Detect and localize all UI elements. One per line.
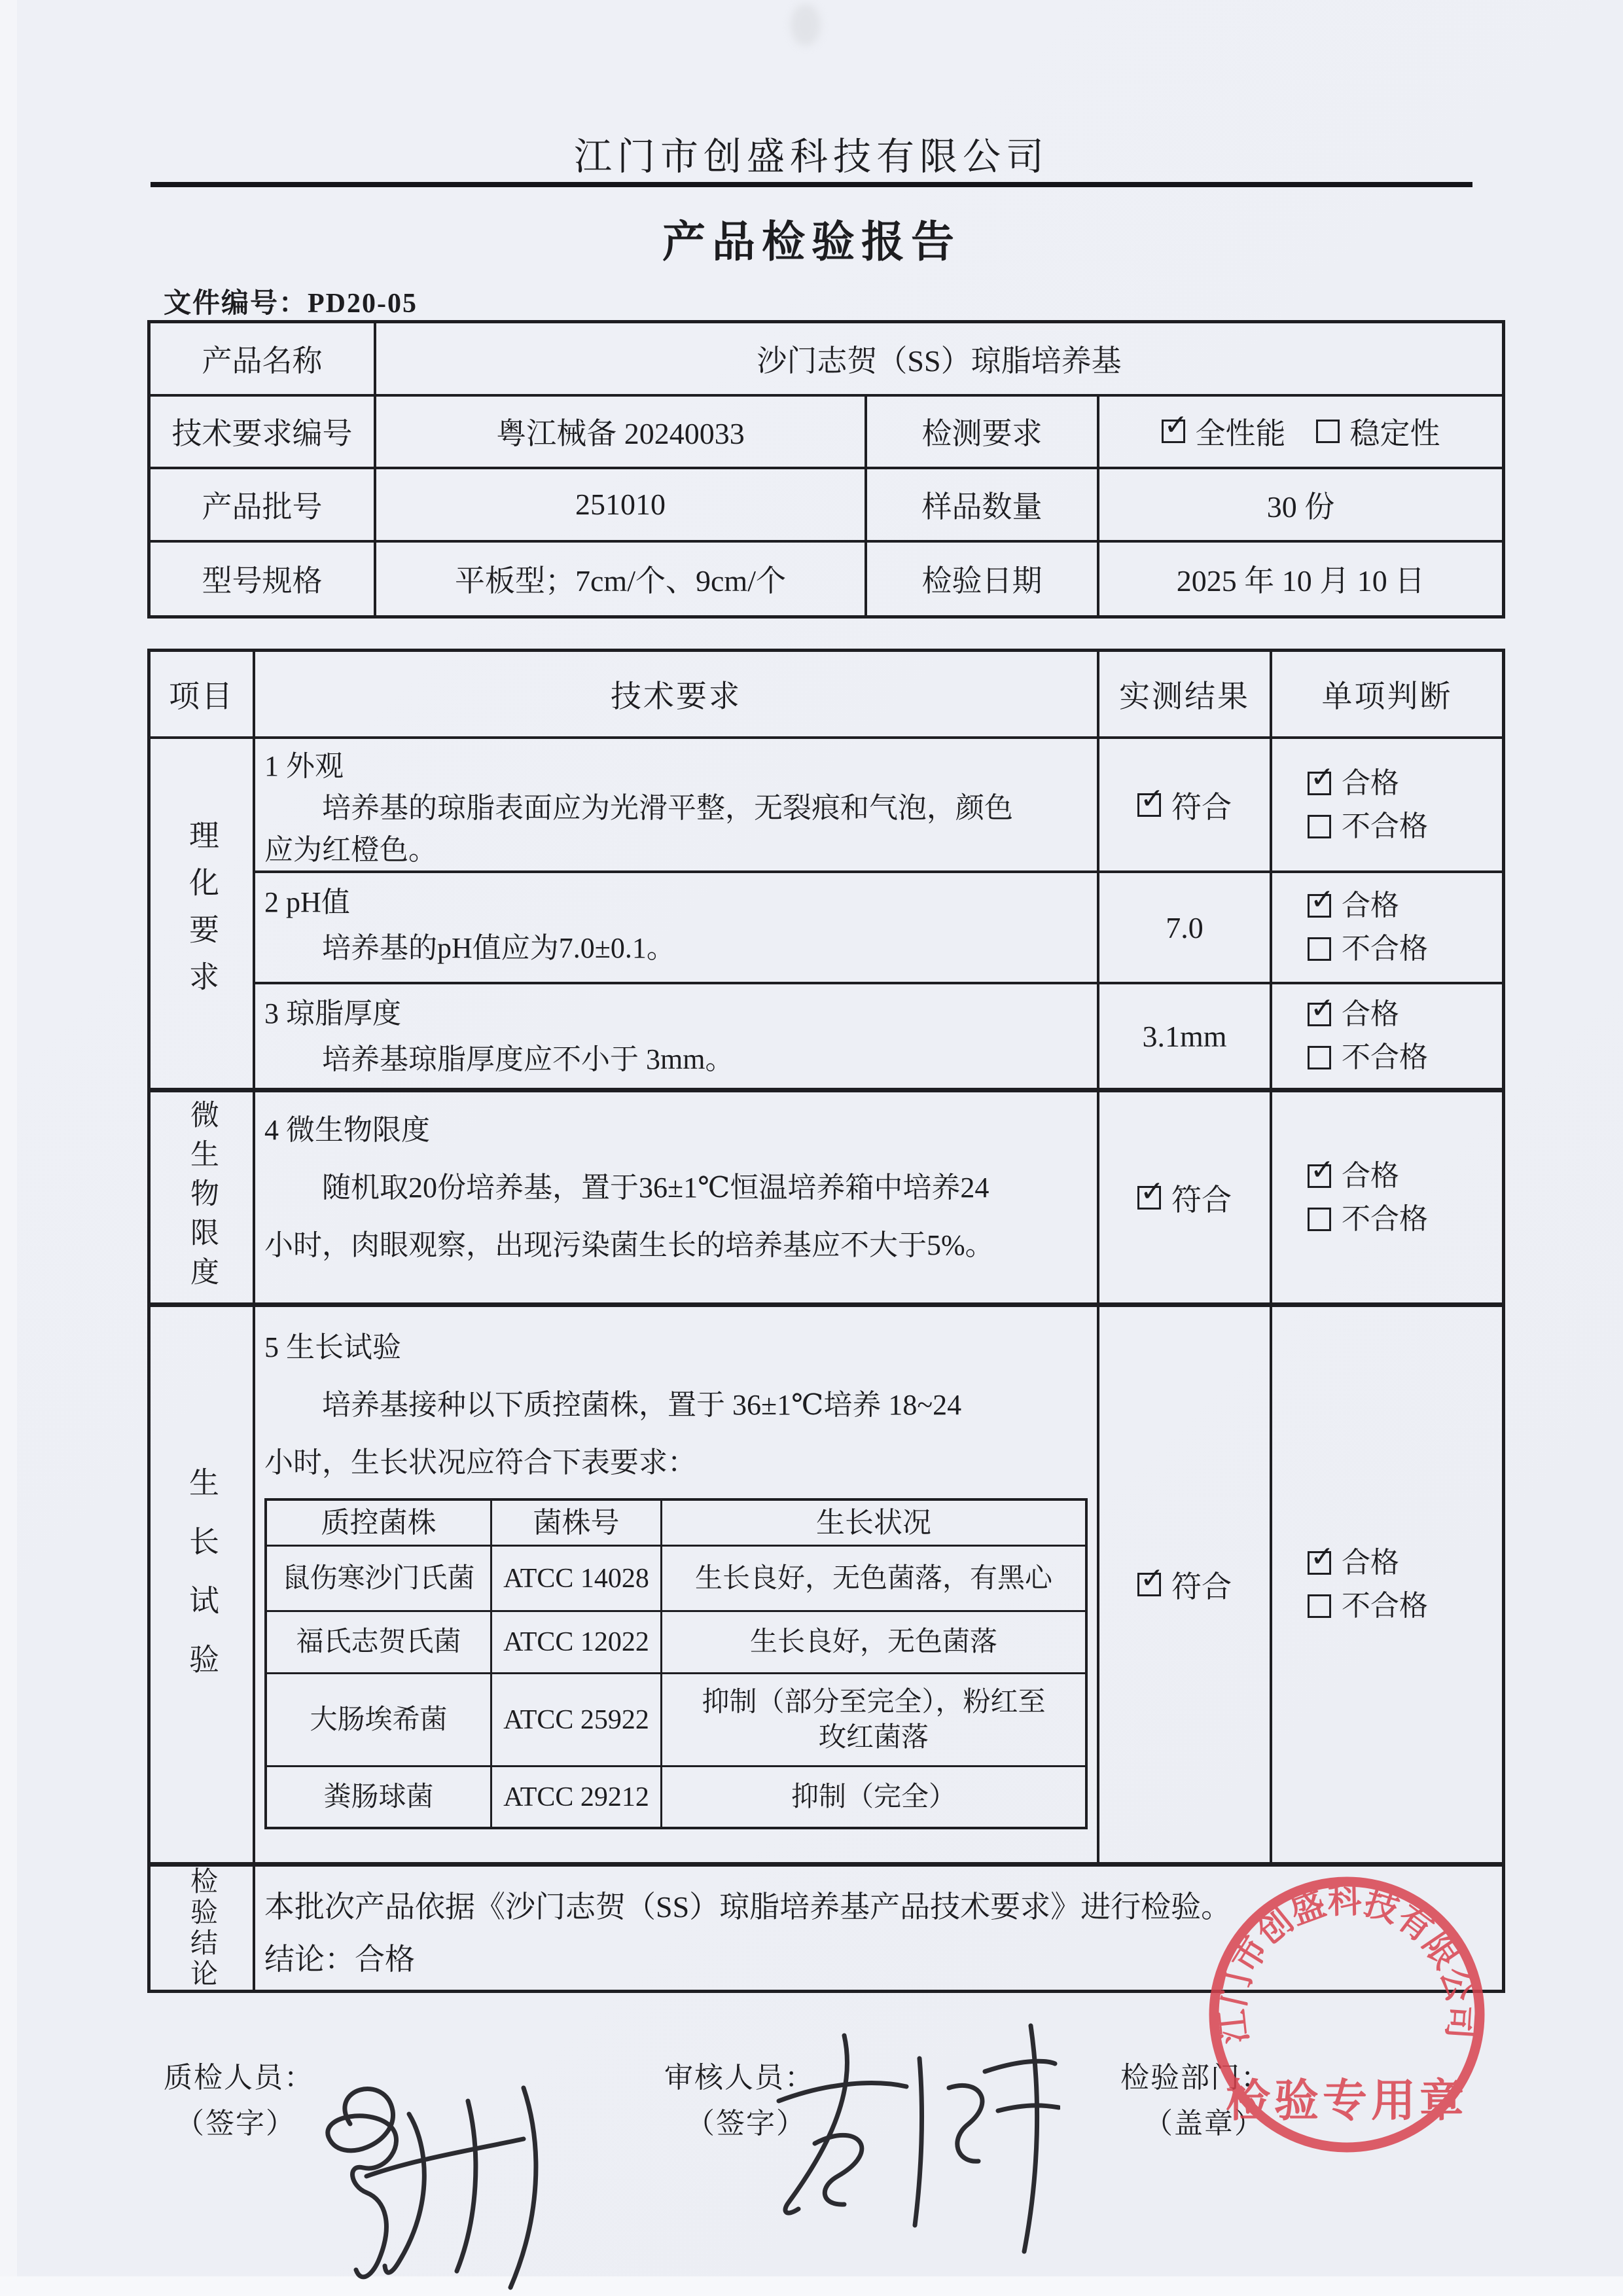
info-label-model-spec: 型号规格 (151, 543, 376, 616)
judge-label: 合格 (1342, 762, 1399, 805)
vertical-label: 理化要求 (180, 819, 223, 1008)
header-rule (151, 182, 1472, 187)
strain-code: ATCC 12022 (492, 1612, 662, 1674)
checkbox-icon: ✓ (1308, 1003, 1331, 1026)
inspection-table: 项目 技术要求 实测结果 单项判断 理化要求 1 外观 培养基的琼脂表面应为光滑… (147, 649, 1505, 1993)
option-label: 全性能 (1196, 410, 1286, 453)
req-text: 培养基的pH值应为7.0±0.1。 (264, 925, 675, 971)
result-ph: 7.0 (1099, 873, 1272, 984)
info-label-batch-no: 产品批号 (151, 469, 376, 543)
result-appearance: ✓ 符合 (1099, 739, 1272, 873)
checkbox-icon (1308, 815, 1331, 838)
stamp-center-text: 检验专用章 (1226, 2076, 1468, 2126)
info-value-batch-no: 251010 (376, 469, 867, 543)
checkbox-icon: ✓ (1308, 894, 1331, 918)
req-no: 2 pH值 (264, 880, 350, 925)
strain-growth: 生长良好，无色菌落 (662, 1612, 1085, 1674)
section-label-growth: 生长试验 (151, 1307, 255, 1867)
checkbox-icon: ✓ (1162, 420, 1185, 443)
result-label: 符合 (1171, 783, 1232, 827)
info-value-sample-qty: 30 份 (1099, 469, 1502, 543)
judge-label: 不合格 (1342, 927, 1428, 971)
strain-col-header: 质控菌株 (267, 1501, 492, 1547)
result-thickness: 3.1mm (1099, 984, 1272, 1092)
judge-fail: 不合格 (1308, 927, 1428, 971)
judge-pass: ✓合格 (1308, 762, 1399, 805)
judge-pass: ✓合格 (1308, 884, 1399, 927)
check-mark-icon: ✓ (1310, 1156, 1334, 1185)
result-conform: ✓ 符合 (1137, 783, 1232, 827)
strain-growth: 抑制（完全） (662, 1767, 1085, 1827)
req-growth: 5 生长试验 培养基接种以下质控菌株，置于 36±1℃培养 18~24 小时，生… (255, 1307, 1099, 1867)
info-label-test-date: 检验日期 (867, 543, 1099, 616)
stamp-company-arc-text: 江门市创盛科技有限公司 (1213, 1882, 1480, 2045)
info-value-test-requirement: ✓ 全性能 稳定性 (1099, 397, 1502, 470)
judge-label: 合格 (1342, 884, 1399, 927)
result-growth: ✓ 符合 (1099, 1307, 1272, 1867)
strain-growth: 抑制（部分至完全），粉红至玫红菌落 (662, 1674, 1085, 1767)
judge-pass: ✓合格 (1308, 1541, 1399, 1585)
company-name: 江门市创盛科技有限公司 (0, 126, 1623, 181)
col-header-judgement: 单项判断 (1272, 652, 1502, 739)
info-value-tech-req-no: 粤江械备 20240033 (376, 397, 867, 470)
judge-label: 不合格 (1342, 1036, 1428, 1079)
inspection-stamp-icon: 江门市创盛科技有限公司 检验专用章 (1194, 1862, 1499, 2167)
strain-growth: 生长良好，无色菌落，有黑心 (662, 1547, 1085, 1612)
judge-label: 合格 (1342, 1155, 1399, 1198)
result-label: 符合 (1171, 1176, 1232, 1219)
req-text: 培养基接种以下质控菌株，置于 36±1℃培养 18~24 (264, 1376, 961, 1434)
result-conform: ✓ 符合 (1137, 1176, 1232, 1219)
judge-label: 合格 (1342, 1541, 1399, 1585)
strain-name: 鼠伤寒沙门氏菌 (267, 1547, 492, 1612)
judge-label: 不合格 (1342, 805, 1428, 848)
conclusion-basis: 本批次产品依据《沙门志贺（SS）琼脂培养基产品技术要求》进行检验。 (264, 1881, 1231, 1933)
result-conform: ✓ 符合 (1137, 1563, 1232, 1606)
judge-fail: 不合格 (1308, 1036, 1428, 1079)
check-mark-icon: ✓ (1310, 1543, 1334, 1571)
qc-signature (288, 2062, 602, 2296)
check-mark-icon: ✓ (1140, 785, 1164, 814)
checkbox-icon: ✓ (1137, 1573, 1161, 1596)
vertical-label: 微生物限度 (181, 1100, 223, 1296)
doc-number: 文件编号：PD20-05 (164, 281, 418, 321)
check-mark-icon: ✓ (1164, 411, 1188, 440)
req-text: 培养基的琼脂表面应为光滑平整，无裂痕和气泡，颜色 (264, 787, 1013, 829)
strain-table: 质控菌株 菌株号 生长状况 鼠伤寒沙门氏菌 ATCC 14028 生长良好，无色… (264, 1498, 1088, 1829)
judgement-ph: ✓合格 不合格 (1272, 873, 1502, 984)
col-header-item: 项目 (151, 652, 255, 739)
req-no: 1 外观 (264, 745, 344, 787)
result-microbial: ✓ 符合 (1099, 1092, 1272, 1307)
strain-name: 福氏志贺氏菌 (267, 1612, 492, 1674)
judge-pass: ✓合格 (1308, 1155, 1399, 1198)
strain-col-header: 菌株号 (492, 1501, 662, 1547)
product-info-table: 产品名称 沙门志贺（SS）琼脂培养基 技术要求编号 粤江械备 20240033 … (147, 320, 1505, 619)
checkbox-icon: ✓ (1308, 1164, 1331, 1188)
section-label-physical: 理化要求 (151, 739, 255, 1092)
info-label-test-requirement: 检测要求 (867, 397, 1099, 470)
strain-code: ATCC 29212 (492, 1767, 662, 1827)
section-label-conclusion: 检验结论 (151, 1867, 255, 1990)
judge-fail: 不合格 (1308, 805, 1428, 848)
judgement-thickness: ✓合格 不合格 (1272, 984, 1502, 1092)
judgement-appearance: ✓合格 不合格 (1272, 739, 1502, 873)
judge-fail: 不合格 (1308, 1585, 1428, 1628)
strain-name: 大肠埃希菌 (267, 1674, 492, 1767)
checkbox-icon (1308, 1594, 1331, 1618)
req-no: 5 生长试验 (264, 1319, 401, 1376)
vertical-label: 生长试验 (180, 1467, 223, 1702)
judge-label: 不合格 (1342, 1198, 1428, 1241)
result-label: 符合 (1171, 1563, 1232, 1606)
checkbox-icon: ✓ (1137, 1186, 1161, 1210)
info-value-test-date: 2025 年 10 月 10 日 (1099, 543, 1502, 616)
req-ph: 2 pH值 培养基的pH值应为7.0±0.1。 (255, 873, 1099, 984)
checkbox-icon: ✓ (1308, 1551, 1331, 1575)
req-text: 随机取20份培养基，置于36±1℃恒温培养箱中培养24 (264, 1159, 989, 1217)
judge-fail: 不合格 (1308, 1198, 1428, 1241)
judge-label: 不合格 (1342, 1585, 1428, 1628)
conclusion-result: 结论：合格 (264, 1933, 415, 1986)
checkbox-icon (1308, 937, 1331, 961)
info-label-sample-qty: 样品数量 (867, 469, 1099, 543)
section-label-microbial: 微生物限度 (151, 1092, 255, 1307)
req-text: 小时，生长状况应符合下表要求： (264, 1434, 696, 1492)
req-no: 3 琼脂厚度 (264, 991, 401, 1037)
info-value-product-name: 沙门志贺（SS）琼脂培养基 (376, 323, 1502, 397)
req-no: 4 微生物限度 (264, 1102, 430, 1159)
col-header-requirement: 技术要求 (255, 652, 1099, 739)
req-text: 小时，肉眼观察，出现污染菌生长的培养基应不大于5%。 (264, 1217, 994, 1274)
qc-sign-label: （签字） (175, 2100, 296, 2142)
checkbox-icon (1308, 1046, 1331, 1069)
vertical-label: 检验结论 (182, 1867, 221, 1990)
req-text: 应为红橙色。 (264, 829, 437, 871)
judge-pass: ✓合格 (1308, 993, 1399, 1036)
checkbox-icon (1308, 1208, 1331, 1231)
info-label-tech-req-no: 技术要求编号 (151, 397, 376, 470)
paper-edge-bottom (0, 2276, 1623, 2296)
strain-col-header: 生长状况 (662, 1501, 1085, 1547)
judgement-microbial: ✓合格 不合格 (1272, 1092, 1502, 1307)
col-header-result: 实测结果 (1099, 652, 1272, 739)
check-mark-icon: ✓ (1310, 886, 1334, 914)
info-label-product-name: 产品名称 (151, 323, 376, 397)
checkbox-icon: ✓ (1137, 793, 1161, 817)
req-appearance: 1 外观 培养基的琼脂表面应为光滑平整，无裂痕和气泡，颜色 应为红橙色。 (255, 739, 1099, 873)
report-page: 江门市创盛科技有限公司 产品检验报告 文件编号：PD20-05 产品名称 沙门志… (0, 0, 1623, 2296)
checkbox-stability: 稳定性 (1316, 410, 1440, 453)
check-mark-icon: ✓ (1140, 1177, 1164, 1206)
strain-name: 粪肠球菌 (267, 1767, 492, 1827)
info-value-model-spec: 平板型；7cm/个、9cm/个 (376, 543, 867, 616)
checkbox-full-performance: ✓ 全性能 (1162, 410, 1286, 453)
req-thickness: 3 琼脂厚度 培养基琼脂厚度应不小于 3mm。 (255, 984, 1099, 1092)
reviewer-signature (753, 1996, 1060, 2258)
check-mark-icon: ✓ (1310, 763, 1334, 792)
check-mark-icon: ✓ (1140, 1564, 1164, 1593)
report-title: 产品检验报告 (0, 207, 1623, 269)
check-mark-icon: ✓ (1310, 994, 1334, 1023)
req-microbial: 4 微生物限度 随机取20份培养基，置于36±1℃恒温培养箱中培养24 小时，肉… (255, 1092, 1099, 1307)
judgement-growth: ✓合格 不合格 (1272, 1307, 1502, 1867)
paper-edge-left (0, 0, 17, 2296)
option-label: 稳定性 (1350, 410, 1440, 453)
strain-code: ATCC 14028 (492, 1547, 662, 1612)
svg-text:江门市创盛科技有限公司: 江门市创盛科技有限公司 (1213, 1882, 1480, 2045)
scan-smudge (791, 4, 821, 46)
judge-label: 合格 (1342, 993, 1399, 1036)
checkbox-icon: ✓ (1308, 772, 1331, 795)
strain-code: ATCC 25922 (492, 1674, 662, 1767)
req-text: 培养基琼脂厚度应不小于 3mm。 (264, 1037, 734, 1083)
checkbox-icon (1316, 420, 1340, 443)
